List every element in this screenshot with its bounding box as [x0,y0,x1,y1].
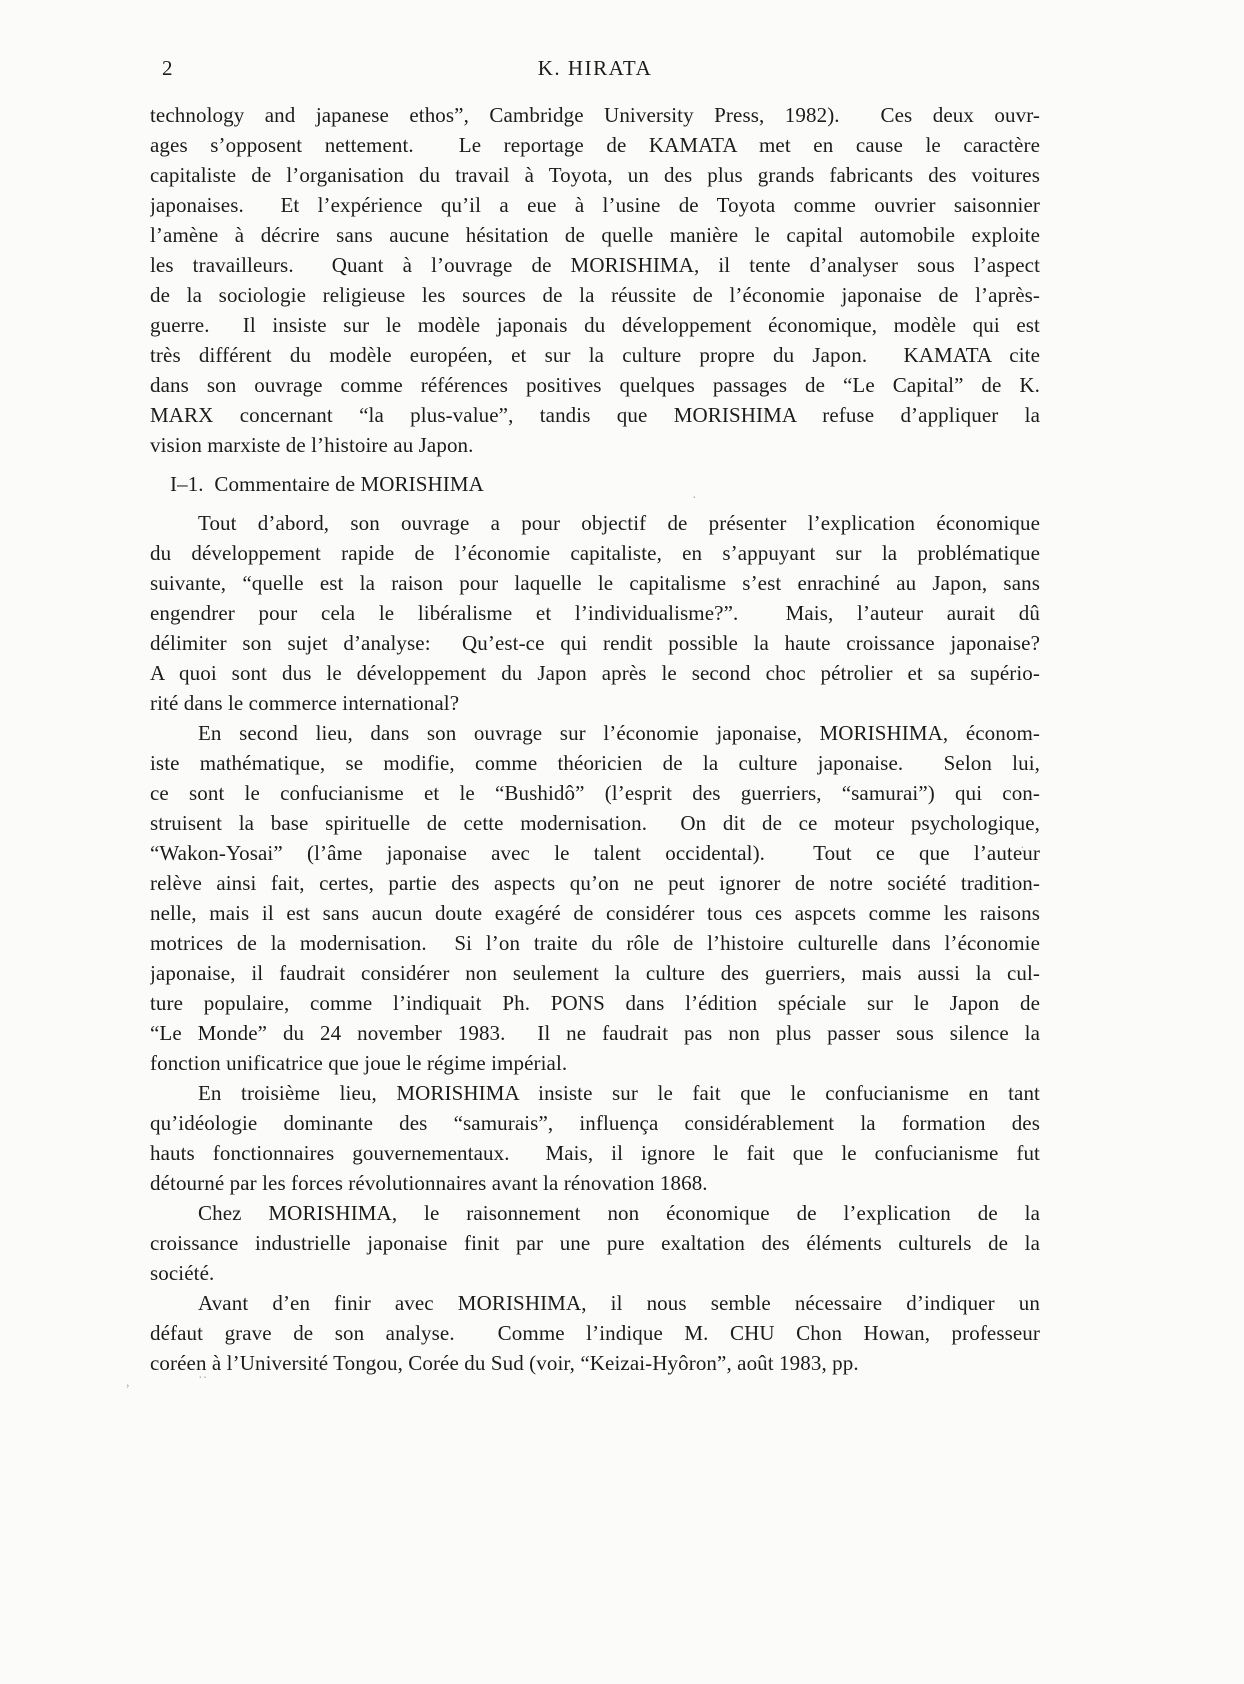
text-line: ce sont le confucianisme et le “Bushidô”… [150,778,1040,808]
text-line: les travailleurs. Quant à l’ouvrage de M… [150,250,1040,280]
text-line: technology and japanese ethos”, Cambridg… [150,100,1040,130]
text-line: engendrer pour cela le libéralisme et l’… [150,598,1040,628]
scan-speck: , [126,1376,130,1390]
page-header: 2 K. HIRATA [150,56,1040,84]
paragraph: En troisième lieu, MORISHIMA insiste sur… [150,1078,1040,1198]
heading-line: I–1. Commentaire de MORISHIMA [150,469,1040,499]
text-line: capitaliste de l’organisation du travail… [150,160,1040,190]
text-line: nelle, mais il est sans aucun doute exag… [150,898,1040,928]
text-line: du développement rapide de l’économie ca… [150,538,1040,568]
text-line: coréen à l’Université Tongou, Corée du S… [150,1348,1040,1378]
text-line: motrices de la modernisation. Si l’on tr… [150,928,1040,958]
text-line: japonaise, il faudrait considérer non se… [150,958,1040,988]
text-line: l’amène à décrire sans aucune hésitation… [150,220,1040,250]
text-line: MARX concernant “la plus-value”, tandis … [150,400,1040,430]
text-line: En troisième lieu, MORISHIMA insiste sur… [150,1078,1040,1108]
text-line: japonaises. Et l’expérience qu’il a eue … [150,190,1040,220]
paragraph: technology and japanese ethos”, Cambridg… [150,100,1040,460]
text-line: Avant d’en finir avec MORISHIMA, il nous… [150,1288,1040,1318]
scan-speck: ·· [198,1372,207,1386]
text-line: très différent du modèle européen, et su… [150,340,1040,370]
text-line: guerre. Il insiste sur le modèle japonai… [150,310,1040,340]
scanned-paper-page: 2 K. HIRATA technology and japanese etho… [0,0,1244,1684]
text-line: ages s’opposent nettement. Le reportage … [150,130,1040,160]
running-head: K. HIRATA [150,56,1040,81]
paragraph: Avant d’en finir avec MORISHIMA, il nous… [150,1288,1040,1378]
paragraph: Tout d’abord, son ouvrage a pour objecti… [150,508,1040,718]
scan-speck: · [1020,842,1025,856]
text-line: de la sociologie religieuse les sources … [150,280,1040,310]
text-line: ture populaire, comme l’indiquait Ph. PO… [150,988,1040,1018]
text-body: technology and japanese ethos”, Cambridg… [150,100,1040,1378]
text-line: fonction unificatrice que joue le régime… [150,1048,1040,1078]
text-line: relève ainsi fait, certes, partie des as… [150,868,1040,898]
scan-speck: · [692,492,697,506]
text-line: En second lieu, dans son ouvrage sur l’é… [150,718,1040,748]
text-line: société. [150,1258,1040,1288]
text-line: suivante, “quelle est la raison pour laq… [150,568,1040,598]
text-line: hauts fonctionnaires gouvernementaux. Ma… [150,1138,1040,1168]
text-line: délimiter son sujet d’analyse: Qu’est-ce… [150,628,1040,658]
text-line: iste mathématique, se modifie, comme thé… [150,748,1040,778]
text-line: croissance industrielle japonaise finit … [150,1228,1040,1258]
text-line: détourné par les forces révolutionnaires… [150,1168,1040,1198]
text-line: vision marxiste de l’histoire au Japon. [150,430,1040,460]
text-line: Chez MORISHIMA, le raisonnement non écon… [150,1198,1040,1228]
text-line: défaut grave de son analyse. Comme l’ind… [150,1318,1040,1348]
text-line: struisent la base spirituelle de cette m… [150,808,1040,838]
paragraph: En second lieu, dans son ouvrage sur l’é… [150,718,1040,1078]
text-line: A quoi sont dus le développement du Japo… [150,658,1040,688]
text-line: dans son ouvrage comme références positi… [150,370,1040,400]
text-line: “Wakon-Yosai” (l’âme japonaise avec le t… [150,838,1040,868]
section-heading: I–1. Commentaire de MORISHIMA [150,469,1040,499]
text-line: qu’idéologie dominante des “samurais”, i… [150,1108,1040,1138]
paragraph: Chez MORISHIMA, le raisonnement non écon… [150,1198,1040,1288]
text-line: “Le Monde” du 24 november 1983. Il ne fa… [150,1018,1040,1048]
text-line: rité dans le commerce international? [150,688,1040,718]
text-line: Tout d’abord, son ouvrage a pour objecti… [150,508,1040,538]
